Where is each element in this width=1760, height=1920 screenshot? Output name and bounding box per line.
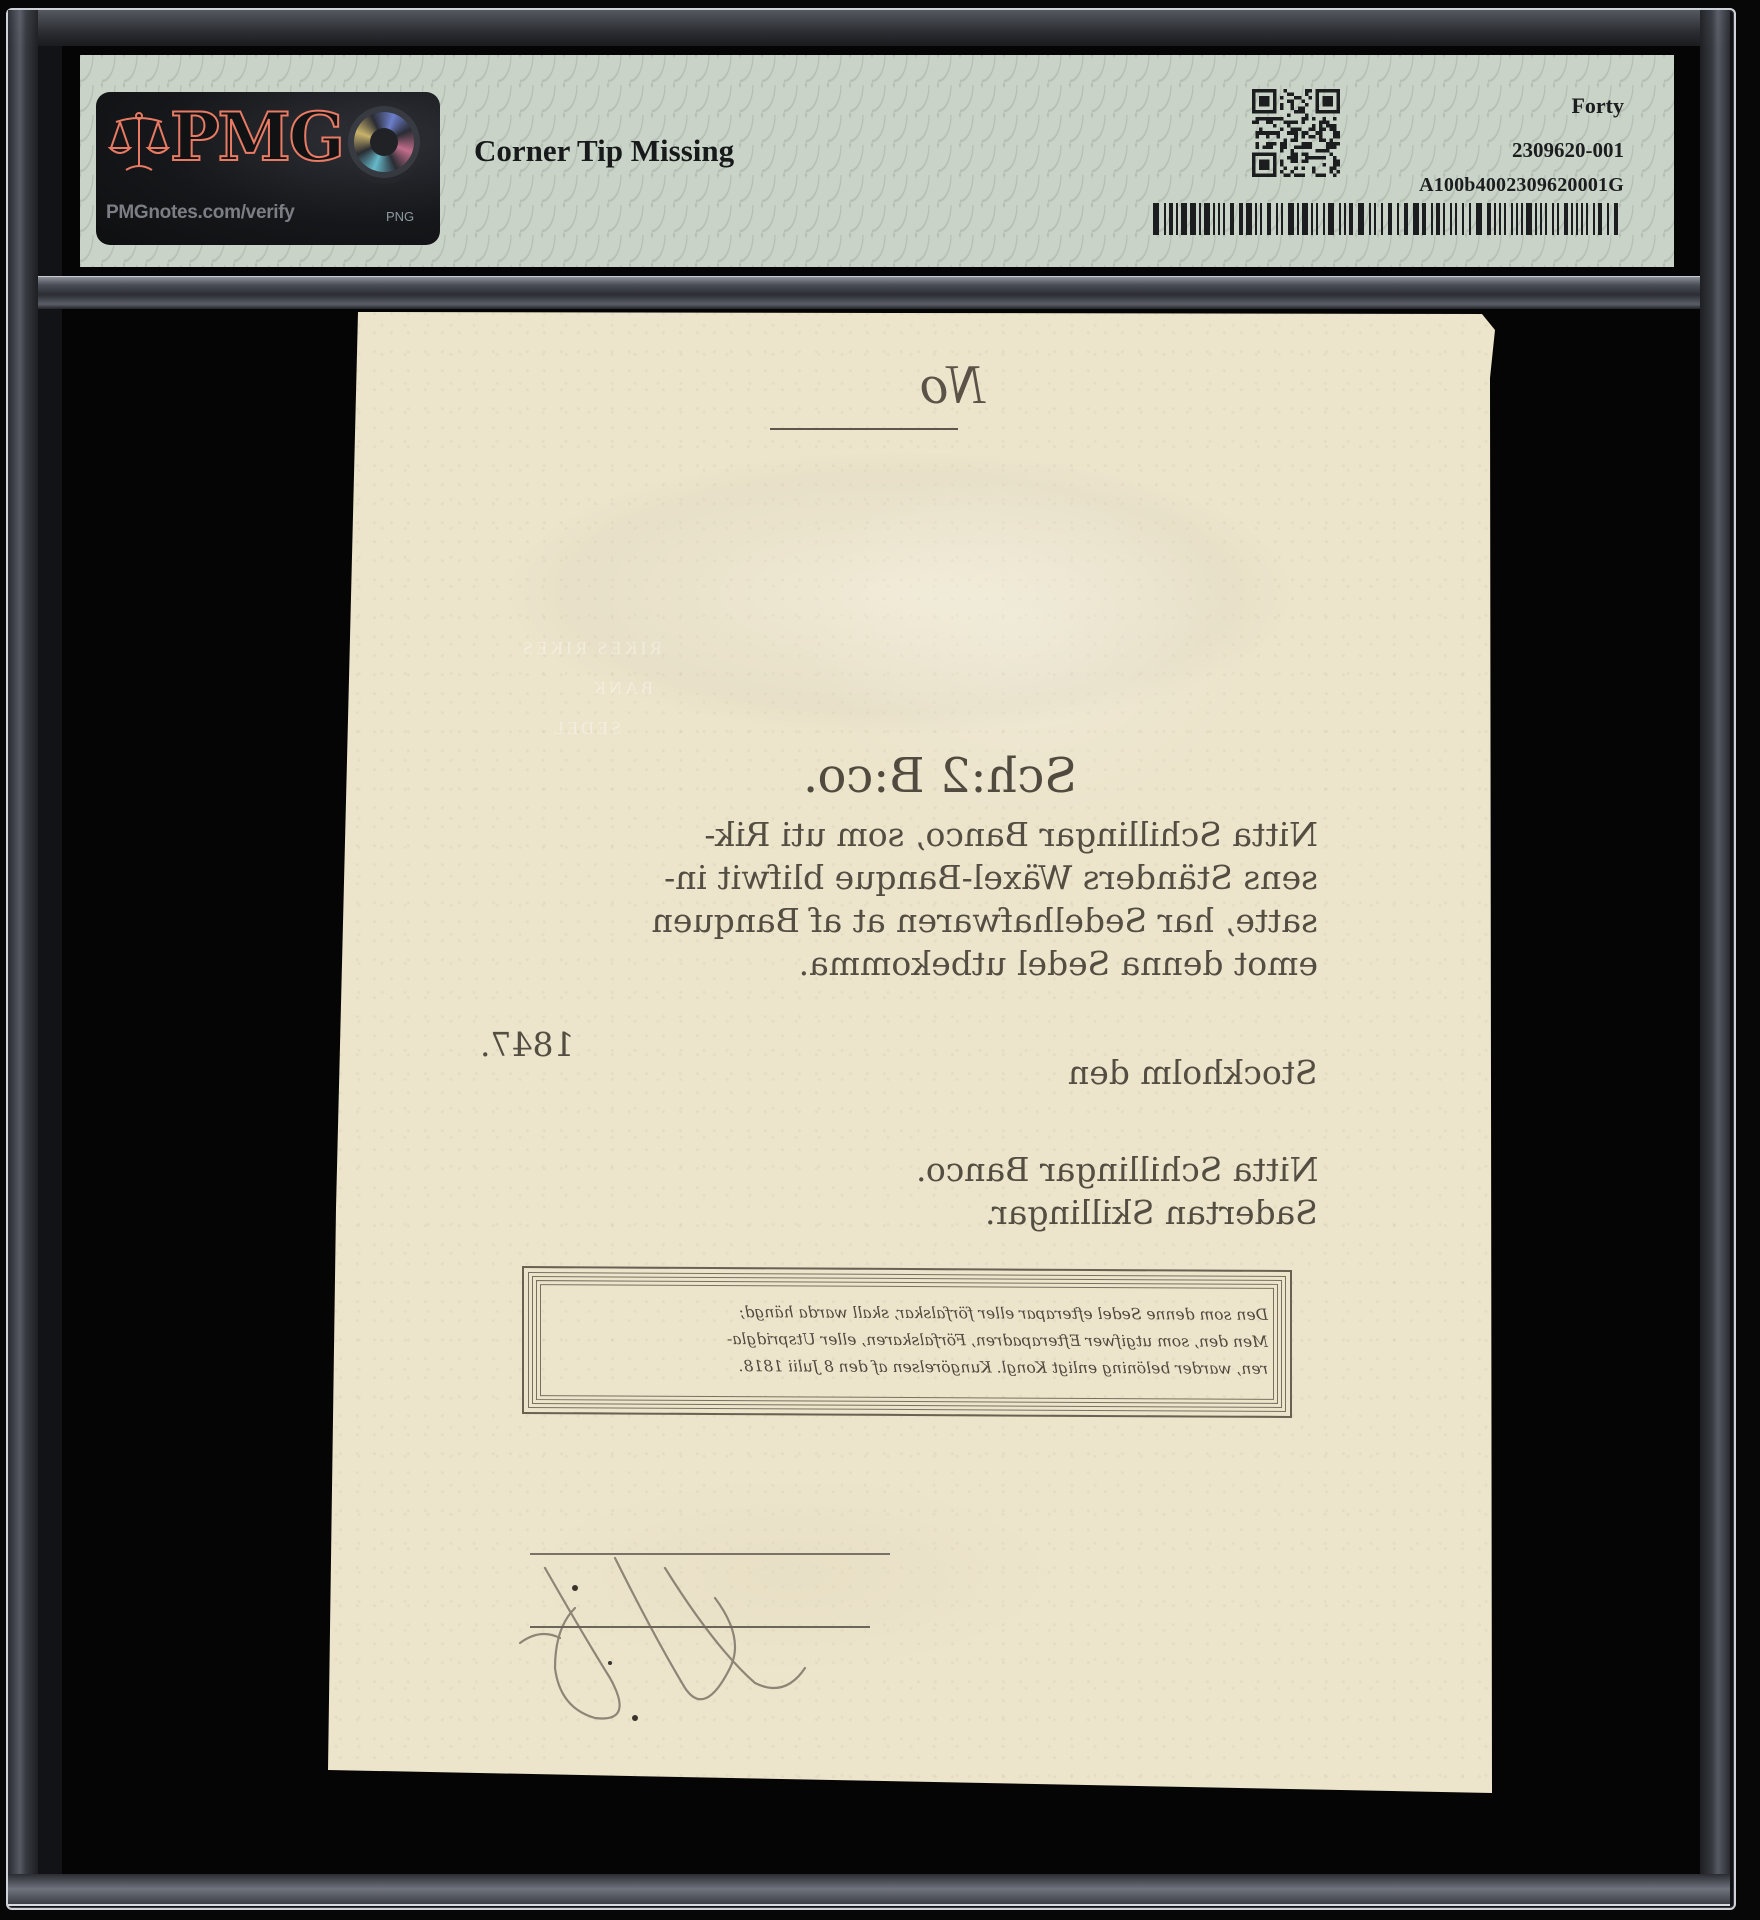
holder-bottom-edge xyxy=(8,1874,1730,1906)
body-line: Nitta Schillingar Banco, som uti Rik- xyxy=(480,813,1318,856)
scales-of-justice-icon xyxy=(108,110,170,174)
serial-number-label: No xyxy=(920,353,985,417)
banknote: RIKES RIKES BANK SEDEL No Sch:2 B:co. Ni… xyxy=(320,308,1500,1798)
watermark-text: RIKES RIKES xyxy=(520,638,662,659)
qr-code xyxy=(1252,88,1340,178)
denomination-title: Sch:2 B:co. xyxy=(760,748,1120,804)
note-body-text: Nitta Schillingar Banco, som uti Rik- se… xyxy=(480,813,1318,985)
holder-right-edge xyxy=(1700,10,1730,1902)
body-line: sens Ständers Wäxel-Banque blifwit in- xyxy=(480,856,1318,899)
grading-label: PMG PMGnotes.com/verify PNG Corner Tip M… xyxy=(80,55,1674,267)
label-comment: Corner Tip Missing xyxy=(474,133,734,169)
png-mark: PNG xyxy=(386,209,414,224)
verify-link[interactable]: PMGnotes.com/verify xyxy=(106,202,295,224)
watermark-text: BANK xyxy=(590,678,653,699)
serial-number-line xyxy=(770,428,958,430)
watermark-text: SEDEL xyxy=(550,718,621,739)
body-line: emot denna Sedel utbekomma. xyxy=(480,942,1318,985)
year-text: 1847. xyxy=(480,1025,574,1064)
pmg-logo: PMG xyxy=(170,104,343,170)
warning-text: Den som denne Sedel efterapar eller förf… xyxy=(546,1298,1268,1383)
holder-divider-rail xyxy=(38,276,1700,309)
place-text: Stockholm den xyxy=(1068,1053,1318,1092)
holder-top-edge xyxy=(8,10,1730,46)
pmg-badge: PMG PMGnotes.com/verify PNG xyxy=(96,92,440,245)
counterfeit-warning-box: Den som denne Sedel efterapar eller förf… xyxy=(522,1266,1292,1418)
handwritten-signature xyxy=(515,1548,935,1728)
grade-text: Forty xyxy=(1419,91,1624,137)
barcode-text: A100b4002309620001G xyxy=(1419,173,1624,197)
amount-text: Nitta Schillingar Banco. Sadertan Skilli… xyxy=(620,1148,1318,1234)
amount-line: Nitta Schillingar Banco. xyxy=(916,1148,1318,1191)
barcode xyxy=(1153,203,1625,235)
label-right-block: Forty 2309620-001 A100b4002309620001G xyxy=(1419,91,1624,197)
cert-number: 2309620-001 xyxy=(1419,137,1624,173)
hologram-seal-icon xyxy=(354,112,414,172)
body-line: satte, har Sedelhafwaren at af Banquen xyxy=(480,899,1318,942)
holder-left-edge xyxy=(8,10,38,1902)
place-date: Stockholm den 1847. xyxy=(480,1053,1318,1103)
amount-line: Sadertan Skillingar. xyxy=(985,1191,1318,1234)
